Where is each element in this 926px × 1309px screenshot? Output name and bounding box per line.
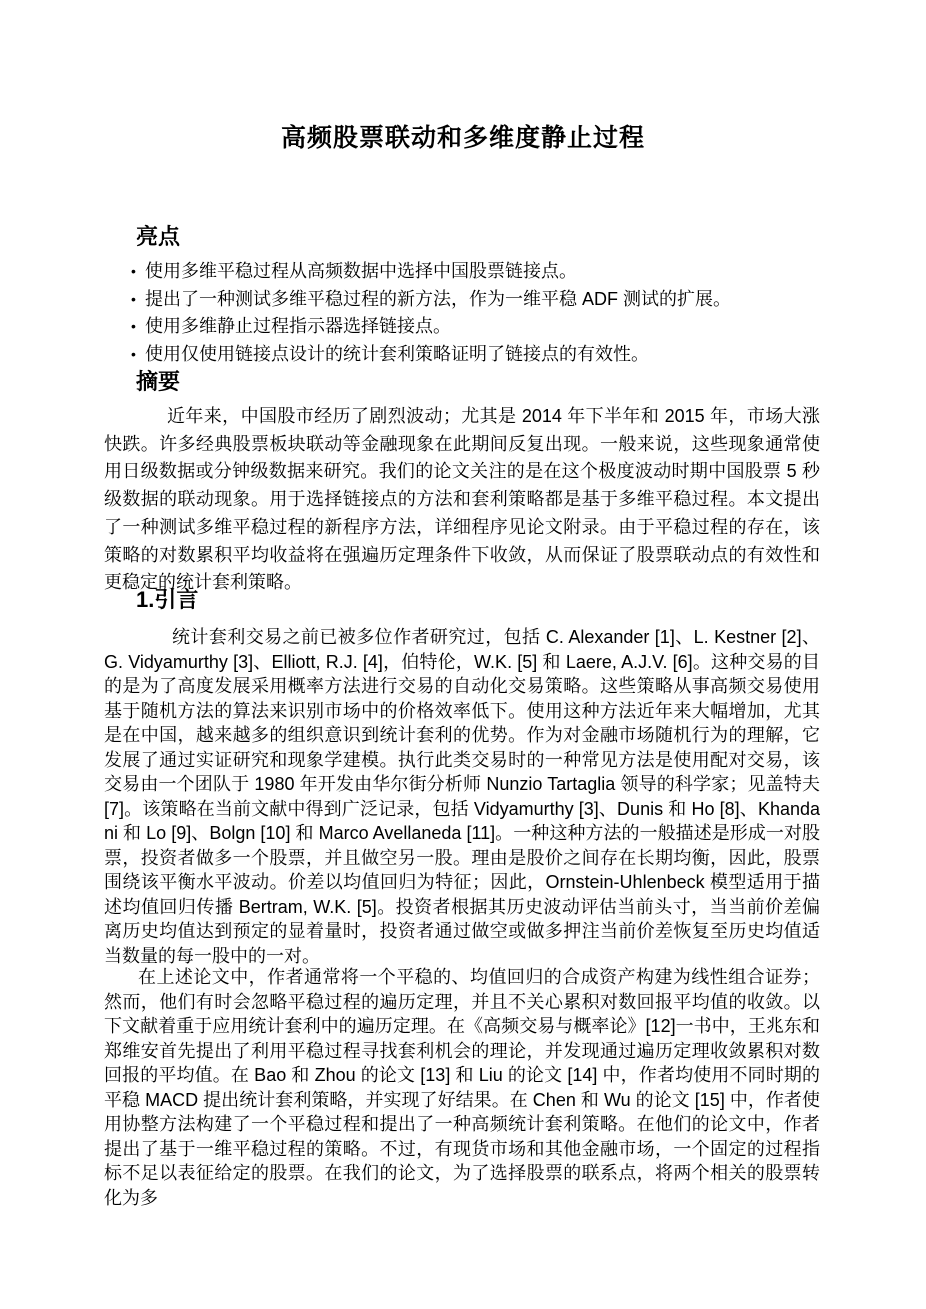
highlight-item-text: 使用多维静止过程指示器选择链接点。 [145, 316, 451, 336]
highlight-item: • 使用多维静止过程指示器选择链接点。 [104, 313, 820, 341]
paper-title: 高频股票联动和多维度静止过程 [0, 121, 926, 155]
highlight-item: • 使用仅使用链接点设计的统计套利策略证明了链接点的有效性。 [104, 341, 820, 369]
bullet-icon: • [131, 286, 136, 314]
bullet-icon: • [131, 258, 136, 286]
highlight-item: • 提出了一种测试多维平稳过程的新方法，作为一维平稳 ADF 测试的扩展。 [104, 286, 820, 314]
highlight-item-text: 提出了一种测试多维平稳过程的新方法，作为一维平稳 ADF 测试的扩展。 [145, 289, 731, 309]
highlights-list: • 使用多维平稳过程从高频数据中选择中国股票链接点。 • 提出了一种测试多维平稳… [104, 258, 820, 368]
introduction-heading: 1.引言 [136, 588, 198, 612]
introduction-paragraph-2: 在上述论文中，作者通常将一个平稳的、均值回归的合成资产构建为线性组合证券；然而，… [104, 965, 820, 1210]
bullet-icon: • [131, 341, 136, 369]
bullet-icon: • [131, 313, 136, 341]
highlight-item: • 使用多维平稳过程从高频数据中选择中国股票链接点。 [104, 258, 820, 286]
highlights-heading: 亮点 [136, 225, 180, 249]
abstract-paragraph: 近年来，中国股市经历了剧烈波动；尤其是 2014 年下半年和 2015 年，市场… [104, 403, 820, 597]
document-page: 高频股票联动和多维度静止过程 亮点 • 使用多维平稳过程从高频数据中选择中国股票… [0, 0, 926, 1309]
abstract-heading: 摘要 [136, 370, 180, 394]
highlight-item-text: 使用多维平稳过程从高频数据中选择中国股票链接点。 [145, 261, 577, 281]
highlight-item-text: 使用仅使用链接点设计的统计套利策略证明了链接点的有效性。 [145, 344, 649, 364]
introduction-paragraph-1: 统计套利交易之前已被多位作者研究过，包括 C. Alexander [1]、L.… [104, 625, 820, 968]
